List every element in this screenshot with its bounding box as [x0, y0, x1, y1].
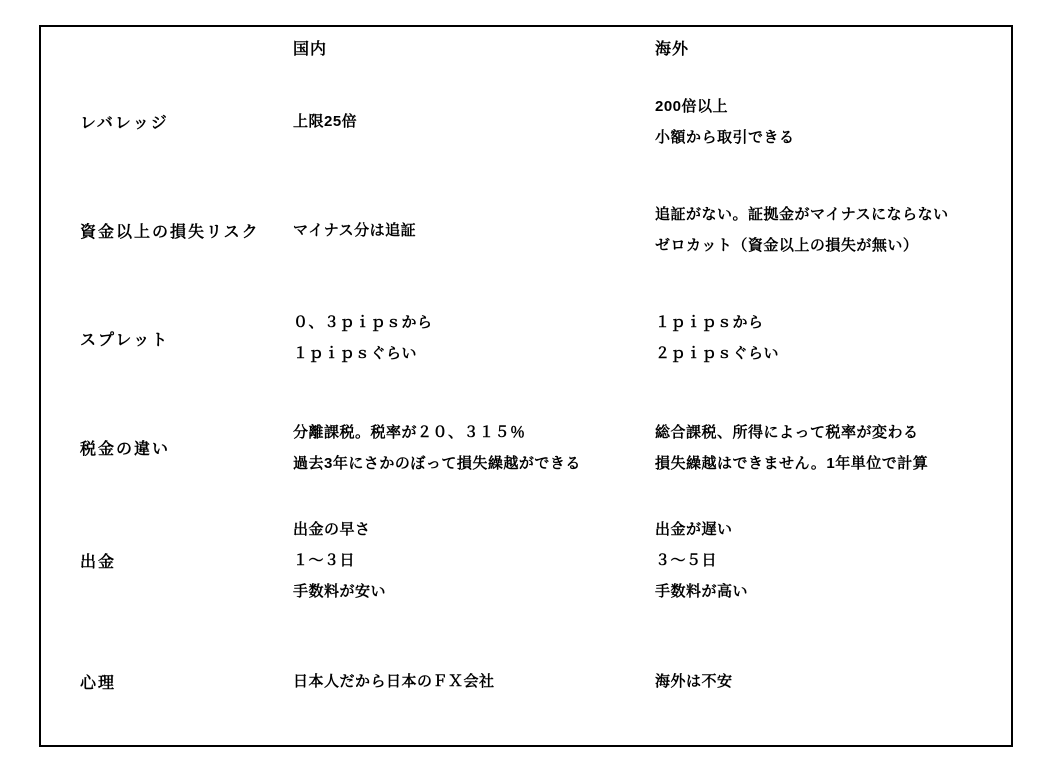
cell-line: 小額から取引できる — [655, 122, 1011, 153]
row-label-withdrawal: 出金 — [41, 503, 293, 618]
fx-comparison-table: 国内 海外 レバレッジ 上限25倍 200倍以上 小額から取引できる 資金以上の… — [39, 25, 1013, 747]
cell-line: ２ｐｉｐｓぐらい — [655, 338, 1011, 369]
cell-line: １〜３日 — [293, 545, 655, 576]
domestic-cell-withdrawal: 出金の早さ １〜３日 手数料が安い — [293, 503, 655, 618]
domestic-cell-tax: 分離課税。税率が２０、３１５％ 過去3年にさかのぼって損失繰越ができる — [293, 392, 655, 503]
column-header-domestic: 国内 — [293, 27, 655, 67]
cell-line: 海外は不安 — [655, 666, 1011, 697]
cell-line: 手数料が安い — [293, 576, 655, 607]
row-label-leverage: レバレッジ — [41, 67, 293, 176]
row-label-psychology: 心理 — [41, 618, 293, 745]
cell-line: 過去3年にさかのぼって損失繰越ができる — [293, 448, 655, 479]
cell-line: 出金の早さ — [293, 514, 655, 545]
cell-line: ゼロカット（資金以上の損失が無い） — [655, 230, 1011, 261]
overseas-cell-tax: 総合課税、所得によって税率が変わる 損失繰越はできません。1年単位で計算 — [655, 392, 1011, 503]
page: 国内 海外 レバレッジ 上限25倍 200倍以上 小額から取引できる 資金以上の… — [0, 0, 1052, 774]
cell-line: 上限25倍 — [293, 106, 655, 137]
cell-line: 総合課税、所得によって税率が変わる — [655, 417, 1011, 448]
row-label-loss-risk: 資金以上の損失リスク — [41, 176, 293, 284]
overseas-cell-leverage: 200倍以上 小額から取引できる — [655, 67, 1011, 176]
corner-cell — [41, 27, 293, 67]
cell-line: ０、３ｐｉｐｓから — [293, 307, 655, 338]
cell-line: １ｐｉｐｓから — [655, 307, 1011, 338]
cell-line: 出金が遅い — [655, 514, 1011, 545]
overseas-cell-spread: １ｐｉｐｓから ２ｐｉｐｓぐらい — [655, 284, 1011, 392]
row-label-tax: 税金の違い — [41, 392, 293, 503]
cell-line: 日本人だから日本のＦＸ会社 — [293, 666, 655, 697]
cell-line: 分離課税。税率が２０、３１５％ — [293, 417, 655, 448]
cell-line: １ｐｉｐｓぐらい — [293, 338, 655, 369]
column-header-overseas: 海外 — [655, 27, 1011, 67]
domestic-cell-spread: ０、３ｐｉｐｓから １ｐｉｐｓぐらい — [293, 284, 655, 392]
row-label-spread: スプレット — [41, 284, 293, 392]
cell-line: 200倍以上 — [655, 91, 1011, 122]
domestic-cell-psychology: 日本人だから日本のＦＸ会社 — [293, 618, 655, 745]
domestic-cell-loss-risk: マイナス分は追証 — [293, 176, 655, 284]
cell-line: マイナス分は追証 — [293, 215, 655, 246]
domestic-cell-leverage: 上限25倍 — [293, 67, 655, 176]
cell-line: 損失繰越はできません。1年単位で計算 — [655, 448, 1011, 479]
cell-line: 手数料が高い — [655, 576, 1011, 607]
overseas-cell-loss-risk: 追証がない。証拠金がマイナスにならない ゼロカット（資金以上の損失が無い） — [655, 176, 1011, 284]
cell-line: 追証がない。証拠金がマイナスにならない — [655, 199, 1011, 230]
overseas-cell-withdrawal: 出金が遅い ３〜５日 手数料が高い — [655, 503, 1011, 618]
overseas-cell-psychology: 海外は不安 — [655, 618, 1011, 745]
cell-line: ３〜５日 — [655, 545, 1011, 576]
